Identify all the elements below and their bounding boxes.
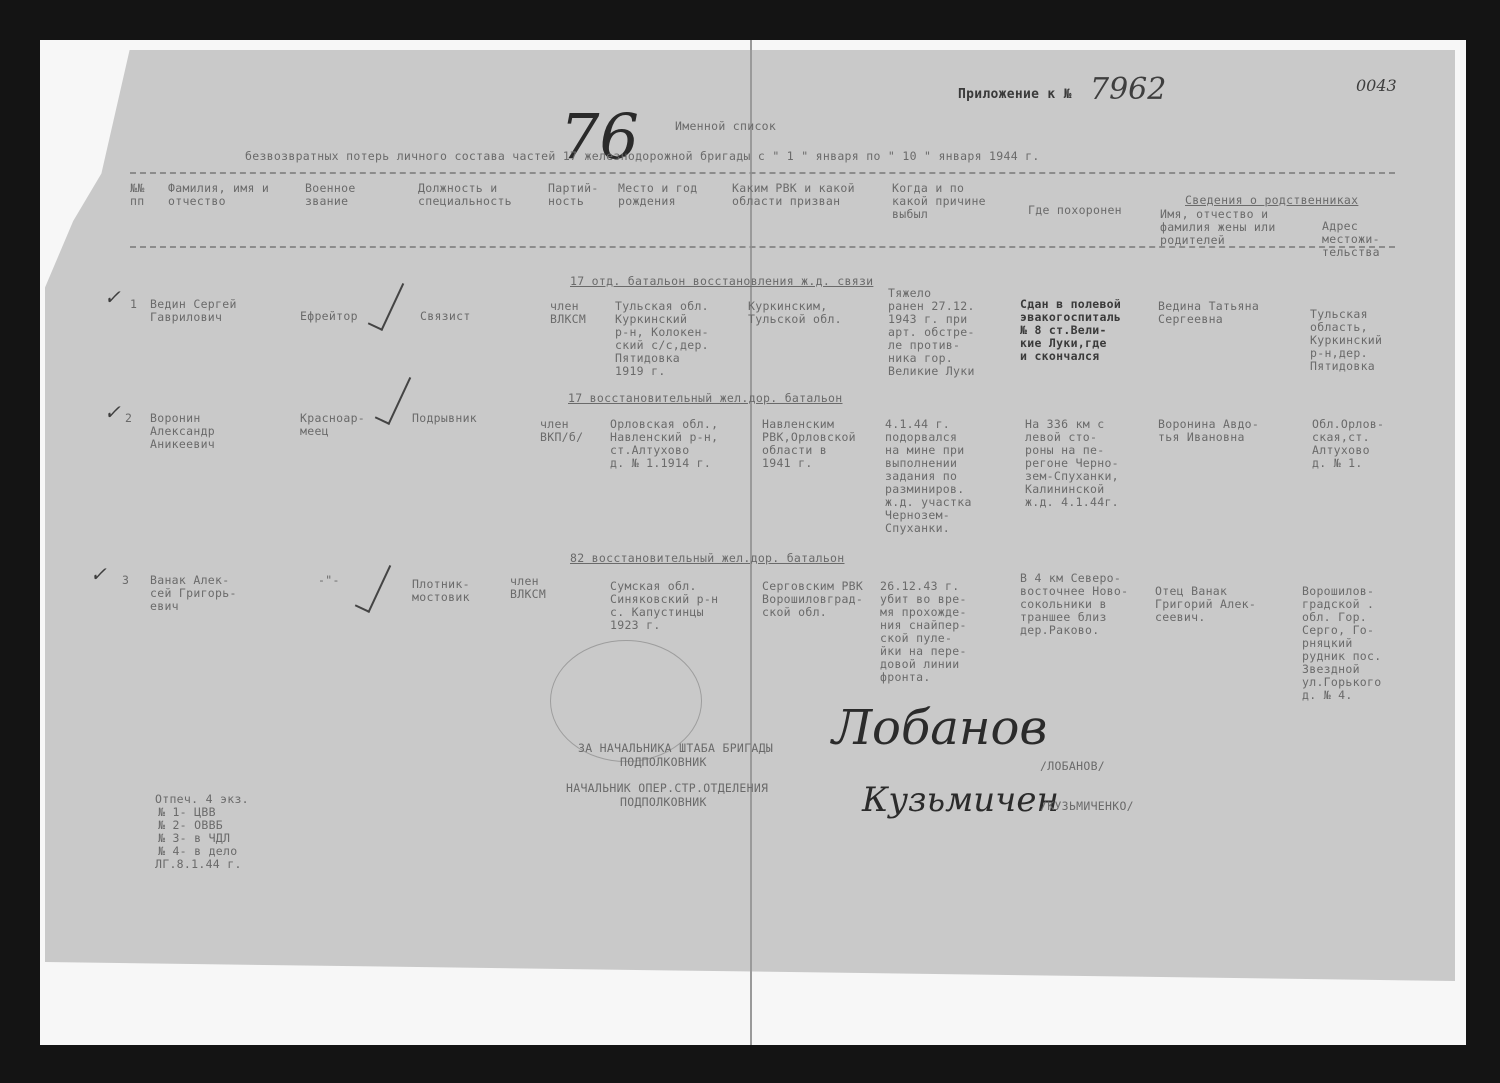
section-unit-2: 17 восстановительный жел.дор. батальон [568, 392, 843, 405]
header-bottom-rule [130, 246, 1395, 248]
appendix-number: 7962 [1090, 72, 1166, 107]
row-burial: Сдан в полевой эвакогоспиталь № 8 ст.Вел… [1020, 298, 1121, 363]
row-rank: Красноар- меец [300, 412, 365, 438]
archive-page-number: 0043 [1356, 76, 1397, 95]
signature-2-rank: ПОДПОЛКОВНИК [620, 796, 707, 809]
check-mark: ✓ [104, 400, 121, 424]
col-rank: Военное звание [305, 182, 356, 208]
row-birth: Орловская обл., Навленский р-н, ст.Алтух… [610, 418, 718, 470]
section-unit-1: 17 отд. батальон восстановления ж.д. свя… [570, 275, 873, 288]
col-birth: Место и год рождения [618, 182, 697, 208]
row-death: Тяжело ранен 27.12. 1943 г. при арт. обс… [888, 287, 975, 378]
row-num: 2 [125, 412, 132, 425]
row-num: 1 [130, 298, 137, 311]
row-party: член ВКП/б/ [540, 418, 583, 444]
col-relative-address: Адрес местожи- тельства [1322, 220, 1380, 259]
col-num: №№ пп [130, 182, 144, 208]
row-position: Подрывник [412, 412, 477, 425]
row-name: Ванак Алек- сей Григорь- евич [150, 574, 237, 613]
row-relative-name: Воронина Авдо- тья Ивановна [1158, 418, 1259, 444]
signature-2-title: НАЧАЛЬНИК ОПЕР.СТР.ОТДЕЛЕНИЯ [566, 782, 768, 795]
row-birth: Тульская обл. Куркинский р-н, Колокен- с… [615, 300, 709, 378]
check-mark: ✓ [104, 285, 121, 309]
header-top-rule [130, 172, 1395, 174]
check-mark: ✓ [90, 562, 107, 586]
signature-1-handwriting: Лобанов [832, 700, 1047, 756]
col-name: Фамилия, имя и отчество [168, 182, 269, 208]
signature-2-name: /КУЗЬМИЧЕНКО/ [1040, 800, 1134, 813]
appendix-label: Приложение к № [958, 88, 1072, 101]
row-relative-address: Обл.Орлов- ская,ст. Алтухово д. № 1. [1312, 418, 1384, 470]
row-death: 26.12.43 г. убит во вре- мя прохожде- ни… [880, 580, 967, 684]
row-rank: Ефрейтор [300, 310, 358, 323]
row-burial: В 4 км Северо- восточнее Ново- сокольник… [1020, 572, 1128, 637]
signature-1-rank: ПОДПОЛКОВНИК [620, 756, 707, 769]
row-party: член ВЛКСМ [550, 300, 586, 326]
distribution-line: ЛГ.8.1.44 г. [155, 858, 242, 871]
row-drafted: Навленским РВК,Орловской области в 1941 … [762, 418, 856, 470]
row-position: Плотник- мостовик [412, 578, 470, 604]
signature-1-name: /ЛОБАНОВ/ [1040, 760, 1105, 773]
row-relative-name: Отец Ванак Григорий Алек- сеевич. [1155, 585, 1256, 624]
col-death: Когда и по какой причине выбыл [892, 182, 986, 221]
col-relatives-group: Сведения о родственниках [1185, 194, 1358, 207]
col-position: Должность и специальность [418, 182, 512, 208]
row-party: член ВЛКСМ [510, 575, 546, 601]
row-drafted: Куркинским, Тульской обл. [748, 300, 842, 326]
row-rank: -"- [318, 574, 340, 587]
row-drafted: Серговским РВК Ворошиловград- ской обл. [762, 580, 863, 619]
row-relative-address: Ворошилов- градской . обл. Гор. Серго, Г… [1302, 585, 1381, 702]
col-party: Партий- ность [548, 182, 599, 208]
row-death: 4.1.44 г. подорвался на мине при выполне… [885, 418, 972, 535]
row-burial: На 336 км с левой сто- роны на пе- регон… [1025, 418, 1119, 509]
document-subtitle: безвозвратных потерь личного состава час… [245, 150, 1040, 163]
row-name: Воронин Александр Аникеевич [150, 412, 215, 451]
signature-2-handwriting: Кузьмичен [862, 780, 1059, 820]
row-position: Связист [420, 310, 471, 323]
row-birth: Сумская обл. Синяковский р-н с. Капустин… [610, 580, 718, 632]
section-unit-3: 82 восстановительный жел.дор. батальон [570, 552, 845, 565]
row-name: Ведин Сергей Гаврилович [150, 298, 237, 324]
signature-1-title: ЗА НАЧАЛЬНИКА ШТАБА БРИГАДЫ [578, 742, 773, 755]
col-burial: Где похоронен [1028, 204, 1122, 217]
document-title: Именной список [675, 120, 776, 133]
col-drafted: Каким РВК и какой области призван [732, 182, 855, 208]
row-relative-name: Ведина Татьяна Сергеевна [1158, 300, 1259, 326]
row-num: 3 [122, 574, 129, 587]
col-relative-name: Имя, отчество и фамилия жены или родител… [1160, 208, 1276, 247]
row-relative-address: Тульская область, Куркинский р-н,дер. Пя… [1310, 308, 1382, 373]
